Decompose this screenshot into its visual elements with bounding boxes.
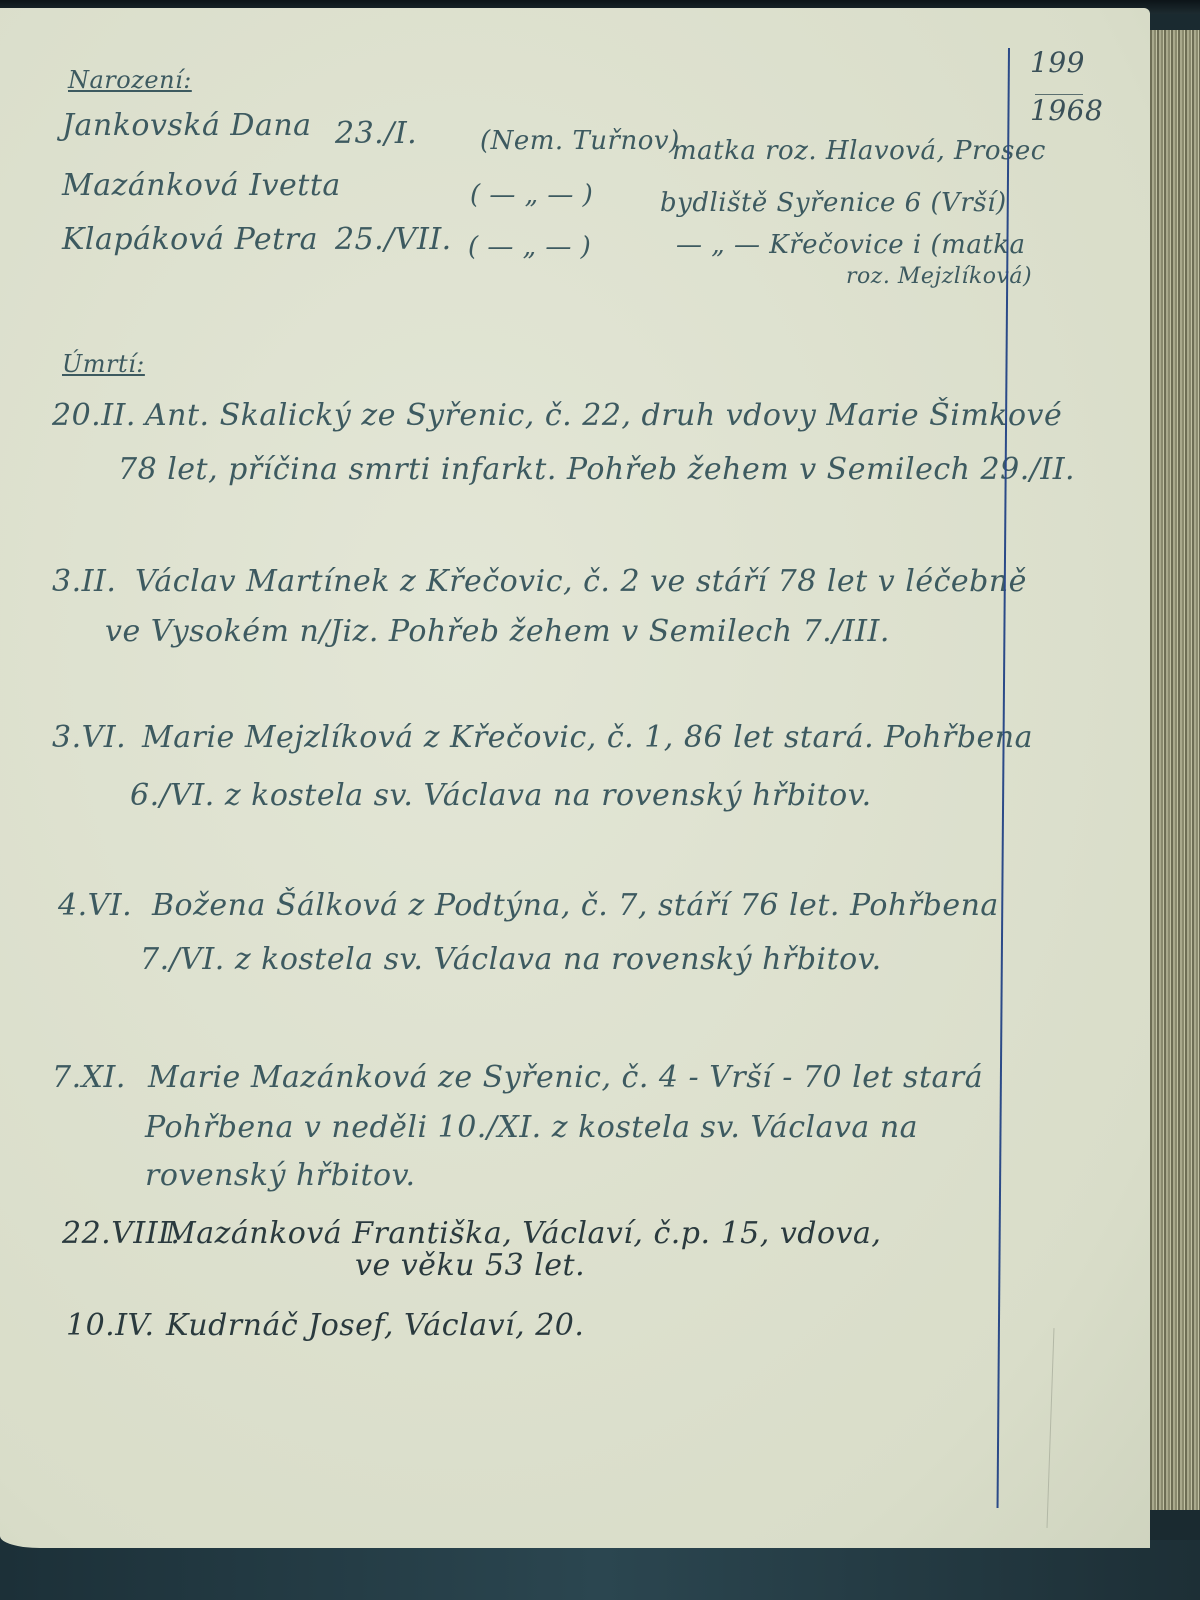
death-text-line: ve věku 53 let. (355, 1248, 585, 1283)
death-text-line: ve Vysokém n/Jiz. Pohřeb žehem v Semilec… (105, 614, 890, 649)
death-text-line: Mazánková Františka, Václaví, č.p. 15, v… (165, 1216, 881, 1251)
death-text-line: Pohřbena v neděli 10./XI. z kostela sv. … (145, 1110, 918, 1145)
birth-note: matka roz. Hlavová, Prosec (672, 136, 1046, 166)
births-heading: Narození: (68, 66, 192, 94)
death-text-line: Marie Mazánková ze Syřenic, č. 4 - Vrší … (148, 1060, 983, 1095)
birth-place: (Nem. Tuřnov) (480, 126, 680, 156)
faint-ruling (1047, 1328, 1055, 1528)
death-date: 7.XI. (52, 1060, 126, 1095)
birth-place: ( — „ — ) (470, 180, 593, 210)
death-date: 4.VI. (58, 888, 132, 923)
ledger-page: 199 1968 Narození: Jankovská Dana 23./I.… (0, 8, 1150, 1548)
birth-note-continued: roz. Mejzlíková) (846, 264, 1032, 289)
deaths-heading: Úmrtí: (62, 350, 145, 378)
death-text-line: 6./VI. z kostela sv. Václava na rovenský… (130, 778, 872, 813)
death-text-line: Marie Mejzlíková z Křečovic, č. 1, 86 le… (142, 720, 1033, 755)
death-text-line: 78 let, příčina smrti infarkt. Pohřeb že… (118, 452, 1075, 487)
birth-date: 25./VII. (335, 222, 452, 257)
death-date: 20.II. (52, 398, 136, 433)
death-date: 22.VIII. (62, 1216, 180, 1251)
birth-date: 23./I. (335, 116, 417, 151)
death-text-line: rovenský hřbitov. (145, 1158, 416, 1193)
birth-name: Jankovská Dana (62, 108, 312, 143)
death-date: 3.VI. (52, 720, 126, 755)
birth-place: ( — „ — ) (468, 232, 591, 262)
book-page-edges (1150, 30, 1200, 1510)
death-text-line: Václav Martínek z Křečovic, č. 2 ve stář… (135, 564, 1027, 599)
death-text-line: Božena Šálková z Podtýna, č. 7, stáří 76… (152, 888, 999, 923)
page-number: 199 (1030, 46, 1085, 79)
death-date: 3.II. (52, 564, 116, 599)
table-surface (0, 1540, 1200, 1600)
birth-name: Mazánková Ivetta (62, 168, 341, 203)
page-year: 1968 (1030, 94, 1103, 127)
death-date: 10.IV. (66, 1308, 155, 1343)
birth-note: bydliště Syřenice 6 (Vrší) (660, 188, 1007, 218)
death-text-line: Ant. Skalický ze Syřenic, č. 22, druh vd… (145, 398, 1062, 433)
birth-name: Klapáková Petra (62, 222, 318, 257)
death-text-line: 7./VI. z kostela sv. Václava na rovenský… (140, 942, 882, 977)
birth-note: — „ — Křečovice i (matka (676, 230, 1026, 260)
death-text-line: Kudrnáč Josef, Václaví, 20. (166, 1308, 584, 1343)
